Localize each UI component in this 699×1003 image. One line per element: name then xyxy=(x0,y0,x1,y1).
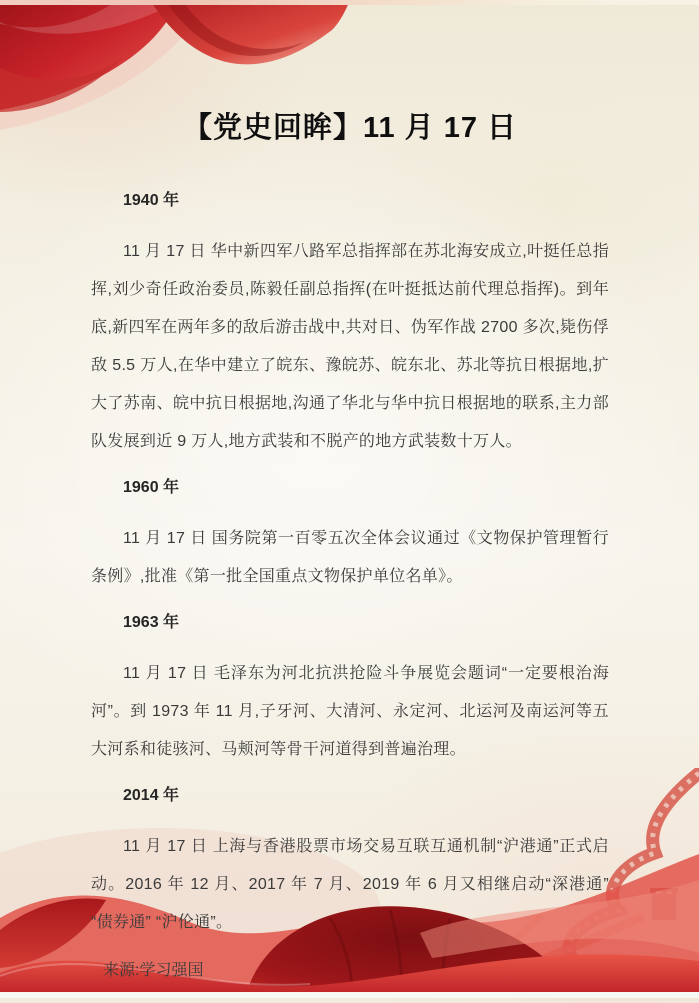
page-background: 【党史回眸】11 月 17 日 1940 年 11 月 17 日 华中新四军八路… xyxy=(0,0,699,1003)
year-heading: 1960 年 xyxy=(91,469,609,507)
event-paragraph: 11 月 17 日 华中新四军八路军总指挥部在苏北海安成立,叶挺任总指挥,刘少奇… xyxy=(91,233,609,461)
event-section: 1963 年 11 月 17 日 毛泽东为河北抗洪抢险斗争展览会题词“一定要根治… xyxy=(91,604,609,769)
event-paragraph: 11 月 17 日 毛泽东为河北抗洪抢险斗争展览会题词“一定要根治海河”。到 1… xyxy=(91,655,609,769)
top-edge-gradient-strip xyxy=(0,0,699,5)
event-section: 2014 年 11 月 17 日 上海与香港股票市场交易互联互通机制“沪港通”正… xyxy=(91,777,609,942)
year-heading: 1940 年 xyxy=(91,182,609,220)
year-heading: 2014 年 xyxy=(91,777,609,815)
source-line: 来源:学习强国 xyxy=(91,952,609,990)
event-paragraph: 11 月 17 日 国务院第一百零五次全体会议通过《文物保护管理暂行条例》,批准… xyxy=(91,520,609,596)
page-title: 【党史回眸】11 月 17 日 xyxy=(91,108,609,148)
event-section: 1960 年 11 月 17 日 国务院第一百零五次全体会议通过《文物保护管理暂… xyxy=(91,469,609,596)
event-sections: 1940 年 11 月 17 日 华中新四军八路军总指挥部在苏北海安成立,叶挺任… xyxy=(91,182,609,942)
event-paragraph: 11 月 17 日 上海与香港股票市场交易互联互通机制“沪港通”正式启动。201… xyxy=(91,828,609,942)
article-content: 【党史回眸】11 月 17 日 1940 年 11 月 17 日 华中新四军八路… xyxy=(91,108,609,990)
event-section: 1940 年 11 月 17 日 华中新四军八路军总指挥部在苏北海安成立,叶挺任… xyxy=(91,182,609,461)
year-heading: 1963 年 xyxy=(91,604,609,642)
